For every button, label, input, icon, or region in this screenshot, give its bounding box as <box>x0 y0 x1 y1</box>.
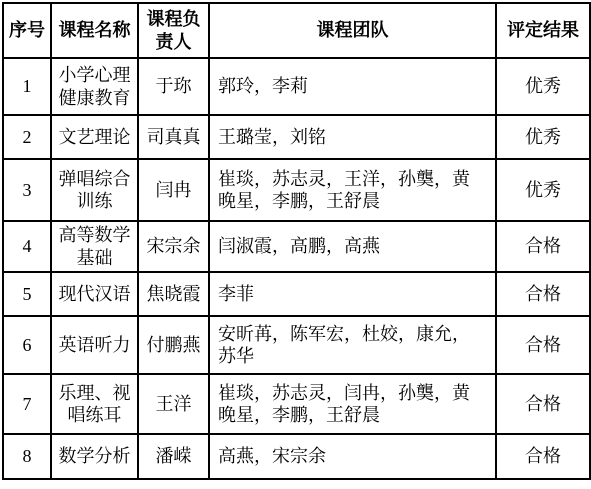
table-row: 1小学心理健康教育于珎郭玲，李莉优秀 <box>3 58 590 115</box>
table-row: 2文艺理论司真真王璐莹，刘铭优秀 <box>3 115 590 159</box>
cell-result: 合格 <box>496 434 590 479</box>
column-header-index: 序号 <box>3 3 51 58</box>
cell-result: 合格 <box>496 374 590 434</box>
cell-result: 合格 <box>496 316 590 374</box>
cell-leader: 闫冉 <box>138 159 209 221</box>
cell-team: 安昕苒，陈军宏，杜姣，康允，苏华 <box>209 316 496 374</box>
cell-course: 文艺理论 <box>51 115 138 159</box>
cell-leader: 付鹏燕 <box>138 316 209 374</box>
cell-leader: 宋宗余 <box>138 221 209 272</box>
table-row: 7乐理、视唱练耳王洋崔琰，苏志灵，闫冉，孙龑，黄晚星，李鹏，王舒晨合格 <box>3 374 590 434</box>
cell-index: 6 <box>3 316 51 374</box>
cell-team: 崔琰，苏志灵，闫冉，孙龑，黄晚星，李鹏，王舒晨 <box>209 374 496 434</box>
cell-index: 5 <box>3 272 51 316</box>
table-row: 8数学分析潘嵘高燕，宋宗余合格 <box>3 434 590 479</box>
table-header-row: 序号课程名称课程负责人课程团队评定结果 <box>3 3 590 58</box>
cell-course: 乐理、视唱练耳 <box>51 374 138 434</box>
cell-leader: 潘嵘 <box>138 434 209 479</box>
cell-result: 优秀 <box>496 58 590 115</box>
cell-result: 合格 <box>496 272 590 316</box>
column-header-course: 课程名称 <box>51 3 138 58</box>
table-row: 5现代汉语焦晓霞李菲合格 <box>3 272 590 316</box>
cell-course: 英语听力 <box>51 316 138 374</box>
cell-team: 闫淑霞，高鹏，高燕 <box>209 221 496 272</box>
cell-index: 4 <box>3 221 51 272</box>
table-row: 3弹唱综合训练闫冉崔琰，苏志灵，王洋，孙龑，黄晚星，李鹏，王舒晨优秀 <box>3 159 590 221</box>
cell-result: 优秀 <box>496 115 590 159</box>
course-evaluation-table: 序号课程名称课程负责人课程团队评定结果 1小学心理健康教育于珎郭玲，李莉优秀2文… <box>2 2 591 480</box>
column-header-result: 评定结果 <box>496 3 590 58</box>
cell-result: 优秀 <box>496 159 590 221</box>
cell-index: 3 <box>3 159 51 221</box>
cell-team: 郭玲，李莉 <box>209 58 496 115</box>
cell-index: 8 <box>3 434 51 479</box>
cell-index: 1 <box>3 58 51 115</box>
cell-course: 现代汉语 <box>51 272 138 316</box>
cell-index: 2 <box>3 115 51 159</box>
column-header-team: 课程团队 <box>209 3 496 58</box>
cell-course: 弹唱综合训练 <box>51 159 138 221</box>
cell-team: 高燕，宋宗余 <box>209 434 496 479</box>
cell-team: 李菲 <box>209 272 496 316</box>
cell-team: 王璐莹，刘铭 <box>209 115 496 159</box>
cell-course: 高等数学基础 <box>51 221 138 272</box>
column-header-leader: 课程负责人 <box>138 3 209 58</box>
cell-leader: 司真真 <box>138 115 209 159</box>
cell-course: 数学分析 <box>51 434 138 479</box>
cell-leader: 于珎 <box>138 58 209 115</box>
cell-leader: 焦晓霞 <box>138 272 209 316</box>
cell-index: 7 <box>3 374 51 434</box>
table-row: 4高等数学基础宋宗余闫淑霞，高鹏，高燕合格 <box>3 221 590 272</box>
cell-course: 小学心理健康教育 <box>51 58 138 115</box>
cell-result: 合格 <box>496 221 590 272</box>
cell-leader: 王洋 <box>138 374 209 434</box>
table-row: 6英语听力付鹏燕安昕苒，陈军宏，杜姣，康允，苏华合格 <box>3 316 590 374</box>
cell-team: 崔琰，苏志灵，王洋，孙龑，黄晚星，李鹏，王舒晨 <box>209 159 496 221</box>
